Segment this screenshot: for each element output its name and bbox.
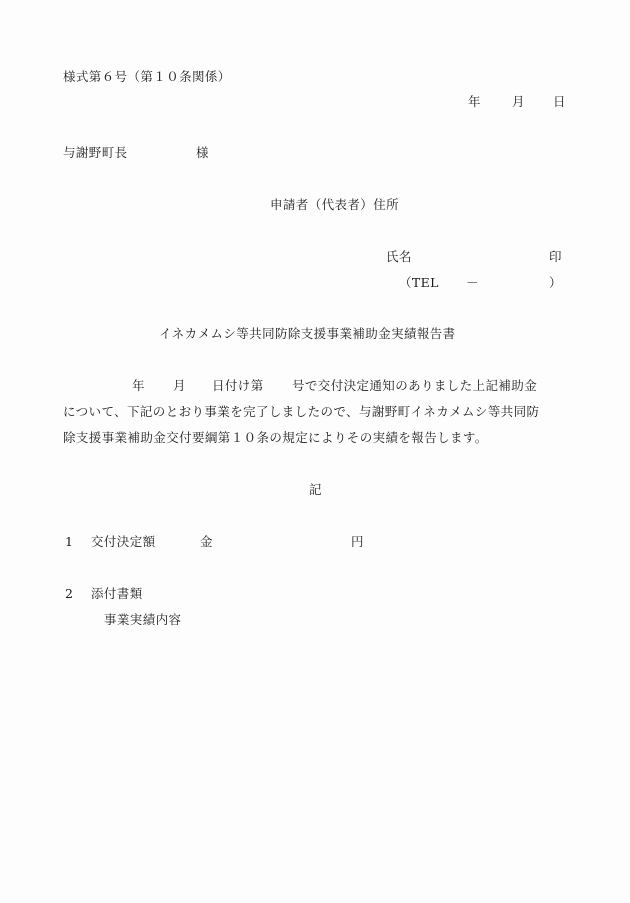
applicant-name-label: 氏名 — [386, 251, 412, 264]
tel-open: （TEL — [399, 277, 439, 290]
item-1-label: 交付決定額 — [91, 536, 156, 549]
item-2-sub: 事業実績内容 — [104, 614, 181, 627]
date-year: 年 — [468, 96, 481, 109]
item-1-unit: 円 — [351, 536, 364, 549]
item-2-number: 2 — [65, 588, 73, 601]
tel-close: ） — [549, 277, 562, 290]
body-line1-rest: 号で交付決定通知のありました上記補助金 — [292, 380, 537, 393]
item-1-prefix: 金 — [200, 536, 213, 549]
seal-mark: 印 — [549, 251, 562, 264]
body-year: 年 — [132, 380, 145, 393]
addressee-name: 与謝野町長 — [63, 147, 128, 160]
item-2-label: 添付書類 — [91, 588, 143, 601]
item-1-number: 1 — [65, 536, 73, 549]
tel-dash: － — [466, 277, 479, 290]
form-number: 様式第６号（第１０条関係） — [63, 71, 231, 84]
ki-heading: 記 — [309, 484, 322, 497]
date-month: 月 — [512, 96, 525, 109]
body-line2: について、下記のとおり事業を完了しましたので、与謝野町イネカメムシ等共同防 — [63, 406, 539, 419]
body-day: 日付け第 — [212, 380, 264, 393]
date-day: 日 — [553, 96, 566, 109]
addressee-honorific: 様 — [196, 147, 209, 160]
body-month: 月 — [173, 380, 186, 393]
applicant-address-label: 申請者（代表者）住所 — [270, 199, 399, 212]
document-title: イネカメムシ等共同防除支援事業補助金実績報告書 — [159, 328, 456, 341]
body-line3: 除支援事業補助金交付要綱第１０条の規定によりその実績を報告します。 — [63, 432, 488, 445]
